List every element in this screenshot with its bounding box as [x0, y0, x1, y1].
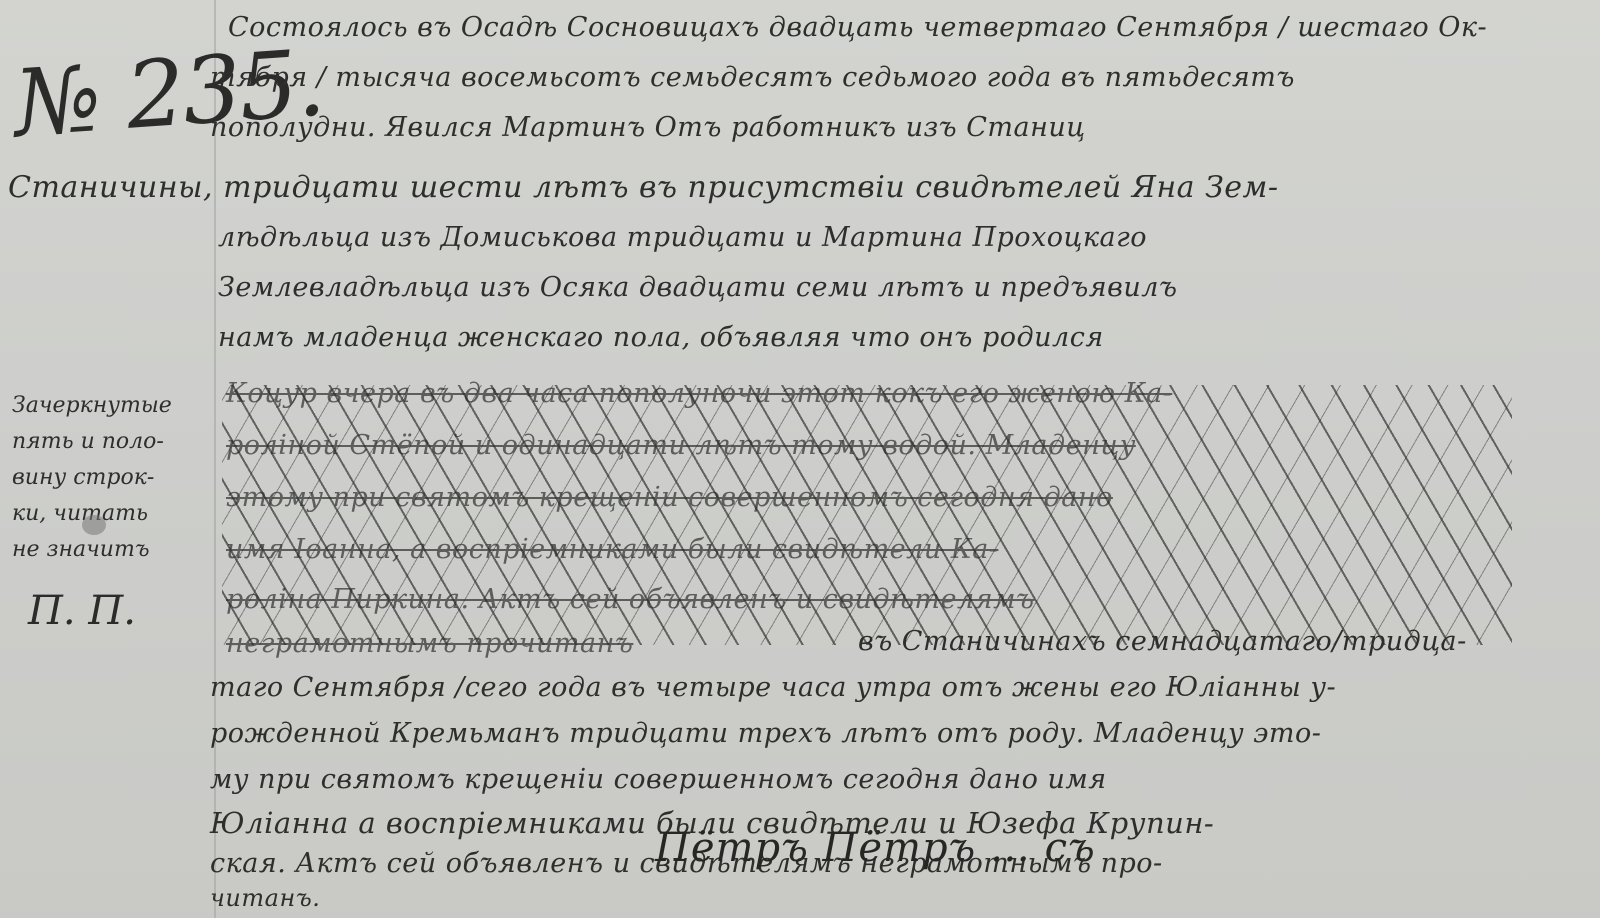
crossed-out-line: имя Іоанна, а воспріемниками были свидѣт…	[226, 534, 998, 565]
body-line: лѣдѣльца изъ Домиськова тридцати и Марти…	[218, 222, 1147, 253]
margin-note-line: ки, читать	[12, 496, 212, 532]
body-line: Станичины, тридцати шести лѣтъ въ присут…	[8, 170, 1279, 205]
body-line: Землевладѣльца изъ Осяка двадцати семи л…	[218, 272, 1177, 303]
body-line: тября / тысяча восемьсотъ семьдесятъ сед…	[210, 62, 1295, 93]
ink-blot	[82, 515, 106, 535]
continuation-line: таго Сентября /сего года въ четыре часа …	[210, 672, 1336, 703]
margin-note-line: не значитъ	[12, 532, 212, 568]
crossed-out-line: неграмотнымъ прочитанъ	[226, 628, 633, 659]
margin-note-line: Зачеркнутые	[12, 388, 212, 424]
official-signature: Пётръ Пётръ … съ	[655, 825, 1096, 871]
crossed-out-line: роліной Стёпой и одинадцати лѣтъ тому во…	[226, 430, 1136, 461]
crossed-out-line: этому при святомъ крещеніи совершенномъ …	[226, 482, 1113, 513]
body-line: пополудни. Явился Мартинъ Отъ работникъ …	[210, 112, 1086, 143]
margin-note-line: пять и поло-	[12, 424, 212, 460]
scanned-document-page: № 235. Состоялось въ Осадѣ Сосновицахъ д…	[0, 0, 1600, 918]
margin-note: Зачеркнутые пять и поло- вину строк- ки,…	[12, 388, 212, 568]
crossed-out-line: Коцур вчера въ два часа пополуночи этот …	[226, 378, 1172, 409]
margin-initials: П. П.	[28, 588, 136, 634]
continuation-line: му при святомъ крещеніи совершенномъ сег…	[210, 764, 1107, 795]
crossed-out-line: роліна Пиркина. Актъ сей объявленъ и сви…	[226, 584, 1034, 615]
margin-note-line: вину строк-	[12, 460, 212, 496]
body-line: Состоялось въ Осадѣ Сосновицахъ двадцать…	[228, 12, 1487, 43]
continuation-line: въ Станичинахъ семнадцатаго/тридца-	[858, 626, 1467, 657]
continuation-line: читанъ.	[210, 884, 320, 912]
continuation-line: рожденной Кремьманъ тридцати трехъ лѣтъ …	[210, 718, 1321, 749]
body-line: намъ младенца женскаго пола, объявляя чт…	[218, 322, 1104, 353]
